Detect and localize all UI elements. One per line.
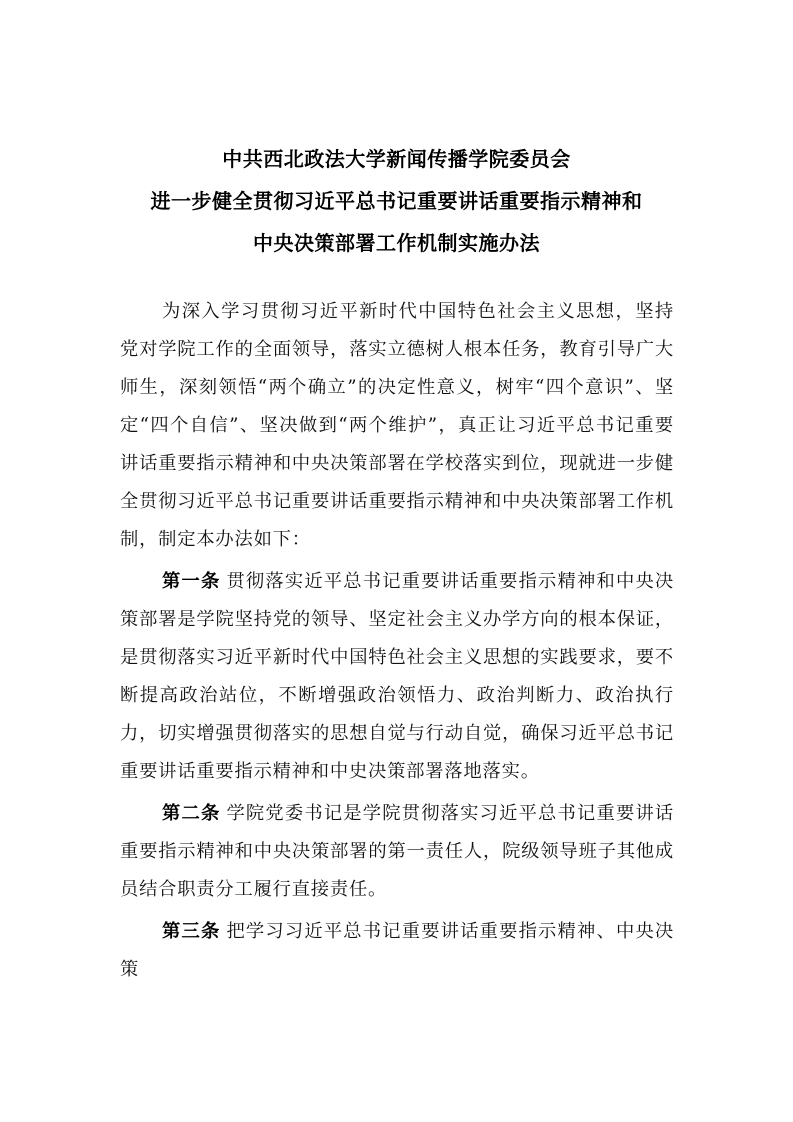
article-3: 第三条把学习习近平总书记重要讲话重要指示精神、中央决策 xyxy=(120,913,674,989)
document-title-line-3: 中央决策部署工作机制实施办法 xyxy=(0,227,793,256)
article-1: 第一条贯彻落实近平总书记重要讲话重要指示精神和中央决策部署是学院坚持党的领导、坚… xyxy=(120,563,674,791)
article-3-label: 第三条 xyxy=(162,921,220,942)
article-2-label: 第二条 xyxy=(162,803,220,824)
document-body: 为深入学习贯彻习近平新时代中国特色社会主义思想，坚持党对学院工作的全面领导，落实… xyxy=(120,293,674,989)
article-1-label: 第一条 xyxy=(162,571,220,592)
preamble-text: 为深入学习贯彻习近平新时代中国特色社会主义思想，坚持党对学院工作的全面领导，落实… xyxy=(120,301,674,550)
document-title-line-2: 进一步健全贯彻习近平总书记重要讲话重要指示精神和 xyxy=(0,185,793,214)
document-title-line-1: 中共西北政法大学新闻传播学院委员会 xyxy=(0,143,793,172)
article-2: 第二条学院党委书记是学院贯彻落实习近平总书记重要讲话重要指示精神和中央决策部署的… xyxy=(120,795,674,909)
article-1-text: 贯彻落实近平总书记重要讲话重要指示精神和中央决策部署是学院坚持党的领导、坚定社会… xyxy=(120,571,674,782)
preamble-paragraph: 为深入学习贯彻习近平新时代中国特色社会主义思想，坚持党对学院工作的全面领导，落实… xyxy=(120,293,674,559)
